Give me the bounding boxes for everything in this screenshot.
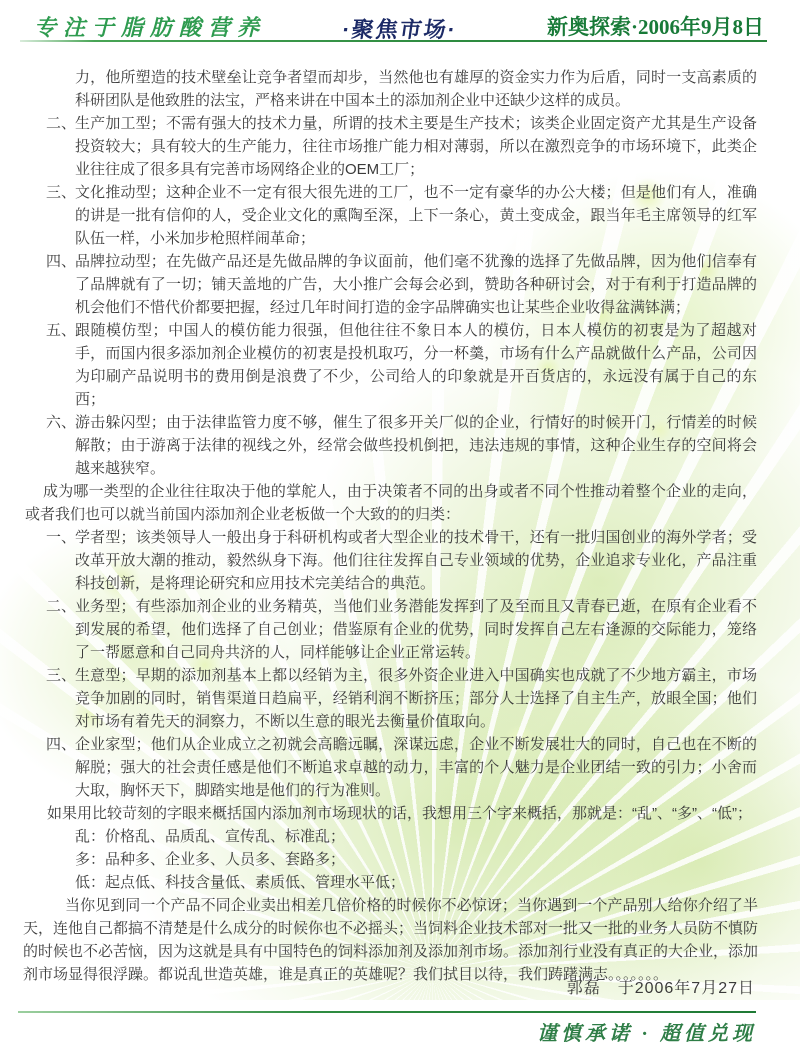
item-text: 跟随模仿型；中国人的模仿能力很强，但他往往不象日本人的模仿，日本人模仿的初衷是为…: [75, 322, 757, 408]
summary-point-duo: 多：品种多、企业多、人员多、套路多；: [0, 848, 800, 871]
transition-paragraph: 成为哪一类型的企业往往取决于他的掌舵人，由于决策者不同的出身或者不同个性推动着整…: [0, 480, 800, 526]
header-rule: [20, 40, 767, 42]
enterprise-type-item-5: 五、 跟随模仿型；中国人的模仿能力很强，但他往往不象日本人的模仿，日本人模仿的初…: [0, 319, 800, 411]
item-marker: 一、: [46, 526, 76, 549]
masthead-slogan: 专注于脂肪酸营养: [34, 11, 266, 42]
footer-rule: [18, 1011, 756, 1013]
masthead-publication-date: 新奥探索·2006年9月8日: [547, 11, 764, 41]
summary-intro-paragraph: 如果用比较苛刻的字眼来概括国内添加剂市场现状的话，我想用三个字来概括，那就是：“…: [0, 802, 800, 825]
enterprise-type-item-3: 三、 文化推动型；这种企业不一定有很大很先进的工厂，也不一定有豪华的办公大楼；但…: [0, 181, 800, 250]
boss-type-item-4: 四、 企业家型；他们从企业成立之初就会高瞻远瞩，深谋远虑，企业不断发展壮大的同时…: [0, 733, 800, 802]
item-marker: 二、: [46, 112, 76, 135]
enterprise-type-item-4: 四、 品牌拉动型；在先做产品还是先做品牌的争议面前，他们毫不犹豫的选择了先做品牌…: [0, 250, 800, 319]
item-text: 游击躲闪型；由于法律监管力度不够，催生了很多开关厂似的企业，行情好的时候开门，行…: [75, 414, 757, 477]
document-page: 专注于脂肪酸营养 ·聚焦市场· 新奥探索·2006年9月8日 力，他所塑造的技术…: [0, 0, 800, 1044]
item-text: 业务型；有些添加剂企业的业务精英，当他们业务潜能发挥到了及至而且又青春已逝，在原…: [75, 598, 757, 661]
author-signature: 郭磊 于2006年7月27日: [567, 975, 755, 998]
item-marker: 六、: [46, 411, 76, 434]
item-text: 学者型；该类领导人一般出身于科研机构或者大型企业的技术骨干，还有一批归国创业的海…: [75, 529, 757, 592]
item-marker: 三、: [46, 664, 76, 687]
article-body: 力，他所塑造的技术壁垒让竞争者望而却步，当然他也有雄厚的资金实力作为后盾，同时一…: [0, 66, 800, 986]
item-text: 品牌拉动型；在先做产品还是先做品牌的争议面前，他们毫不犹豫的选择了先做品牌，因为…: [75, 253, 757, 316]
item-text: 生产加工型；不需有强大的技术力量，所谓的技术主要是生产技术；该类企业固定资产尤其…: [75, 115, 757, 178]
item-text: 文化推动型；这种企业不一定有很大很先进的工厂，也不一定有豪华的办公大楼；但是他们…: [75, 184, 757, 247]
boss-type-item-2: 二、 业务型；有些添加剂企业的业务精英，当他们业务潜能发挥到了及至而且又青春已逝…: [0, 595, 800, 664]
masthead: 专注于脂肪酸营养 ·聚焦市场· 新奥探索·2006年9月8日: [0, 0, 800, 48]
lead-continuation-paragraph: 力，他所塑造的技术壁垒让竞争者望而却步，当然他也有雄厚的资金实力作为后盾，同时一…: [0, 66, 800, 112]
boss-type-item-1: 一、 学者型；该类领导人一般出身于科研机构或者大型企业的技术骨干，还有一批归国创…: [0, 526, 800, 595]
item-marker: 四、: [46, 733, 76, 756]
summary-point-di: 低：起点低、科技含量低、素质低、管理水平低；: [0, 871, 800, 894]
footer-motto: 谨慎承诺 · 超值兑现: [537, 1017, 756, 1044]
boss-type-item-3: 三、 生意型；早期的添加剂基本上都以经销为主，很多外资企业进入中国确实也成就了不…: [0, 664, 800, 733]
closing-paragraph: 当你见到同一个产品不同企业卖出相差几倍价格的时候你不必惊讶；当你遇到一个产品别人…: [0, 894, 800, 986]
item-marker: 五、: [46, 319, 76, 342]
summary-point-luan: 乱：价格乱、品质乱、宣传乱、标准乱；: [0, 825, 800, 848]
item-text: 企业家型；他们从企业成立之初就会高瞻远瞩，深谋远虑，企业不断发展壮大的同时，自己…: [75, 736, 757, 799]
enterprise-type-item-2: 二、 生产加工型；不需有强大的技术力量，所谓的技术主要是生产技术；该类企业固定资…: [0, 112, 800, 181]
enterprise-type-item-6: 六、 游击躲闪型；由于法律监管力度不够，催生了很多开关厂似的企业，行情好的时候开…: [0, 411, 800, 480]
item-marker: 四、: [46, 250, 76, 273]
item-text: 生意型；早期的添加剂基本上都以经销为主，很多外资企业进入中国确实也成就了不少地方…: [75, 667, 757, 730]
item-marker: 三、: [46, 181, 76, 204]
item-marker: 二、: [46, 595, 76, 618]
